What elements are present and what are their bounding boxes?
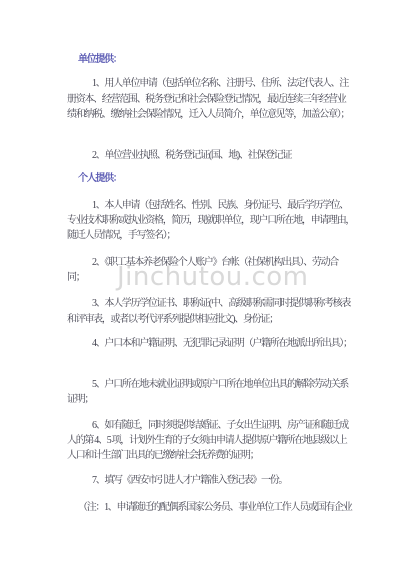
- personal-item-4-line-1: 4、户口本和户籍证明、无犯罪记录证明（户籍所在地派出所出具）；: [67, 336, 345, 351]
- unit-item-1-line-2: 册资本、经营范围、税务登记和社会保险登记情况，最近连续三年经营业: [67, 92, 345, 107]
- unit-item-2: 2、单位营业执照、税务登记证(国、地)、社保登记证: [67, 148, 345, 163]
- unit-item-1-line-3: 绩和纳税、缴纳社会保险情况，迁入人员简介，单位意见等，加盖公章）；: [67, 107, 345, 122]
- document-content: 单位提供： 1、用人单位申请（包括单位名称、注册号、住所、法定代表人、注 册资本…: [67, 0, 345, 515]
- section-heading-personal-label: 个人提供：: [67, 171, 345, 186]
- unit-item-2-line-1: 2、单位营业执照、税务登记证(国、地)、社保登记证: [67, 148, 345, 163]
- personal-item-4: 4、户口本和户籍证明、无犯罪记录证明（户籍所在地派出所出具）；: [67, 336, 345, 351]
- unit-item-1: 1、用人单位申请（包括单位名称、注册号、住所、法定代表人、注 册资本、经营范围、…: [67, 76, 345, 122]
- section-heading-unit-label: 单位提供：: [67, 52, 345, 67]
- section-heading-unit: 单位提供：: [67, 52, 345, 67]
- unit-item-1-line-1: 1、用人单位申请（包括单位名称、注册号、住所、法定代表人、注: [67, 76, 345, 91]
- document-page: Jinchutou.com 单位提供： 1、用人单位申请（包括单位名称、注册号、…: [0, 0, 400, 566]
- personal-item-5-line-1: 5、户口所在地未就业证明或原户口所在地单位出具的解除劳动关系: [67, 377, 345, 392]
- personal-item-7: 7、填写《西安市引进人才户籍准入登记表》一份。: [67, 473, 345, 488]
- personal-item-5-line-2: 证明；: [67, 392, 345, 407]
- personal-item-6-line-1: 6、如有随迁，同时须提供结婚证、子女出生证明、房产证和随迁成: [67, 418, 345, 433]
- personal-item-1: 1、本人申请（包括姓名、性别、民族、身份证号、最后学历学位、 专业技术职称或执业…: [67, 198, 345, 244]
- section-heading-personal: 个人提供：: [67, 171, 345, 186]
- personal-item-1-line-2: 专业技术职称或执业资格，简历，现就职单位，现户口所在地，申请理由，: [67, 213, 345, 228]
- personal-item-7-line-1: 7、填写《西安市引进人才户籍准入登记表》一份。: [67, 473, 345, 488]
- personal-item-2-line-1: 2、《职工基本养老保险个人账户》台帐（社保机构出具）、劳动合: [67, 255, 345, 270]
- personal-item-6-line-3: 人口和计生部门出具的已缴纳社会抚养费的证明；: [67, 448, 345, 463]
- personal-item-1-line-3: 随迁人员情况，手写签名）；: [67, 228, 345, 243]
- personal-item-6-line-2: 人的第 4、5 项，计划外生育的子女须由申请人提供原户籍所在地县级以上: [67, 433, 345, 448]
- personal-item-2-line-2: 同；: [67, 270, 345, 285]
- footnote-line-1: （注：1、申请随迁的配偶系国家公务员、事业单位工作人员或国有企业: [67, 500, 345, 515]
- personal-item-3: 3、本人学历学位证书、职称证(中、高级职称需同时提供职称考核表 和评审表，或者以…: [67, 296, 345, 327]
- personal-item-5: 5、户口所在地未就业证明或原户口所在地单位出具的解除劳动关系 证明；: [67, 377, 345, 408]
- personal-item-3-line-2: 和评审表，或者以考代评系列提供相应批文)、身份证；: [67, 312, 345, 327]
- personal-item-1-line-1: 1、本人申请（包括姓名、性别、民族、身份证号、最后学历学位、: [67, 198, 345, 213]
- personal-item-6: 6、如有随迁，同时须提供结婚证、子女出生证明、房产证和随迁成 人的第 4、5 项…: [67, 418, 345, 464]
- footnote: （注：1、申请随迁的配偶系国家公务员、事业单位工作人员或国有企业: [67, 500, 345, 515]
- personal-item-3-line-1: 3、本人学历学位证书、职称证(中、高级职称需同时提供职称考核表: [67, 296, 345, 311]
- personal-item-2: 2、《职工基本养老保险个人账户》台帐（社保机构出具）、劳动合 同；: [67, 255, 345, 286]
